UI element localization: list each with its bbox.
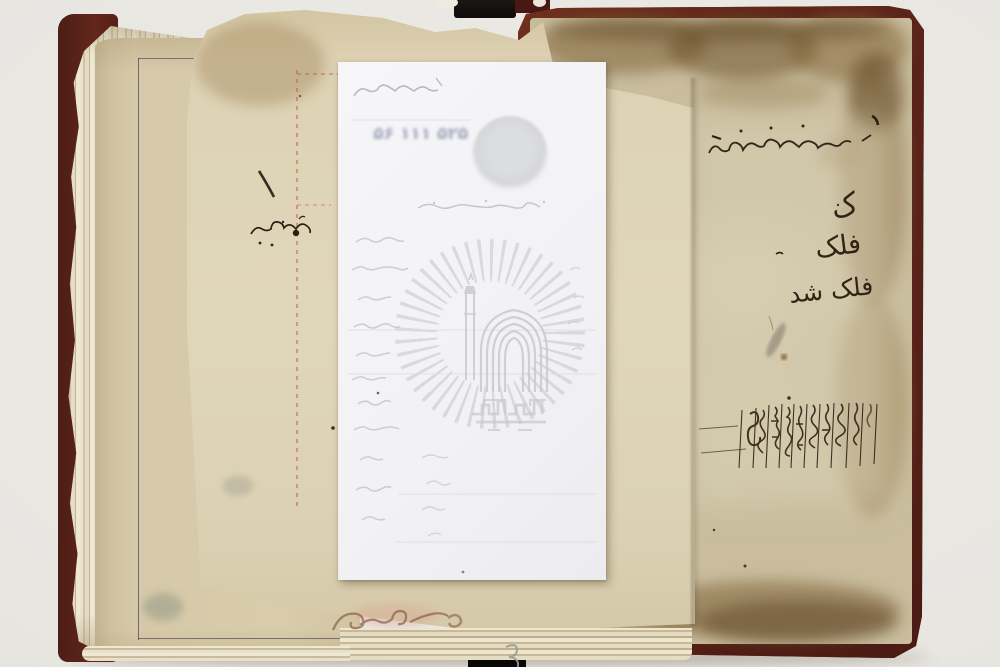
- ink-smudge: [143, 593, 183, 621]
- faint-form-lines: [348, 120, 596, 542]
- water-stain: [698, 601, 898, 643]
- water-stain: [698, 78, 828, 110]
- faint-printed-line: [418, 200, 545, 208]
- watermark-kufic-base: [472, 400, 546, 430]
- ruled-border-line: [138, 58, 139, 640]
- top-clamp: [454, 0, 516, 18]
- ink-smudge: [223, 476, 253, 496]
- water-stain: [195, 22, 325, 106]
- speck: [377, 392, 380, 395]
- manuscript-photo: ۵۲۵ ۱۱۱ ۵۶: [0, 0, 1000, 667]
- slip-faint-print: [338, 62, 606, 580]
- page-edges-bottom: [340, 628, 692, 660]
- water-stain: [548, 20, 888, 42]
- speck: [462, 571, 465, 574]
- watermark-mosque-icon: [464, 274, 547, 430]
- ruled-border-line: [138, 638, 358, 639]
- red-dotted-rule: [296, 70, 298, 510]
- catalog-slip: ۵۲۵ ۱۱۱ ۵۶: [338, 62, 606, 580]
- clean-patch: [688, 116, 888, 506]
- faint-form-labels: [352, 238, 408, 520]
- page-edge-shadow: [691, 78, 700, 626]
- red-dotted-rule: [297, 204, 331, 206]
- page-edges-bottom: [82, 646, 350, 661]
- faint-pencil-note: [354, 78, 442, 96]
